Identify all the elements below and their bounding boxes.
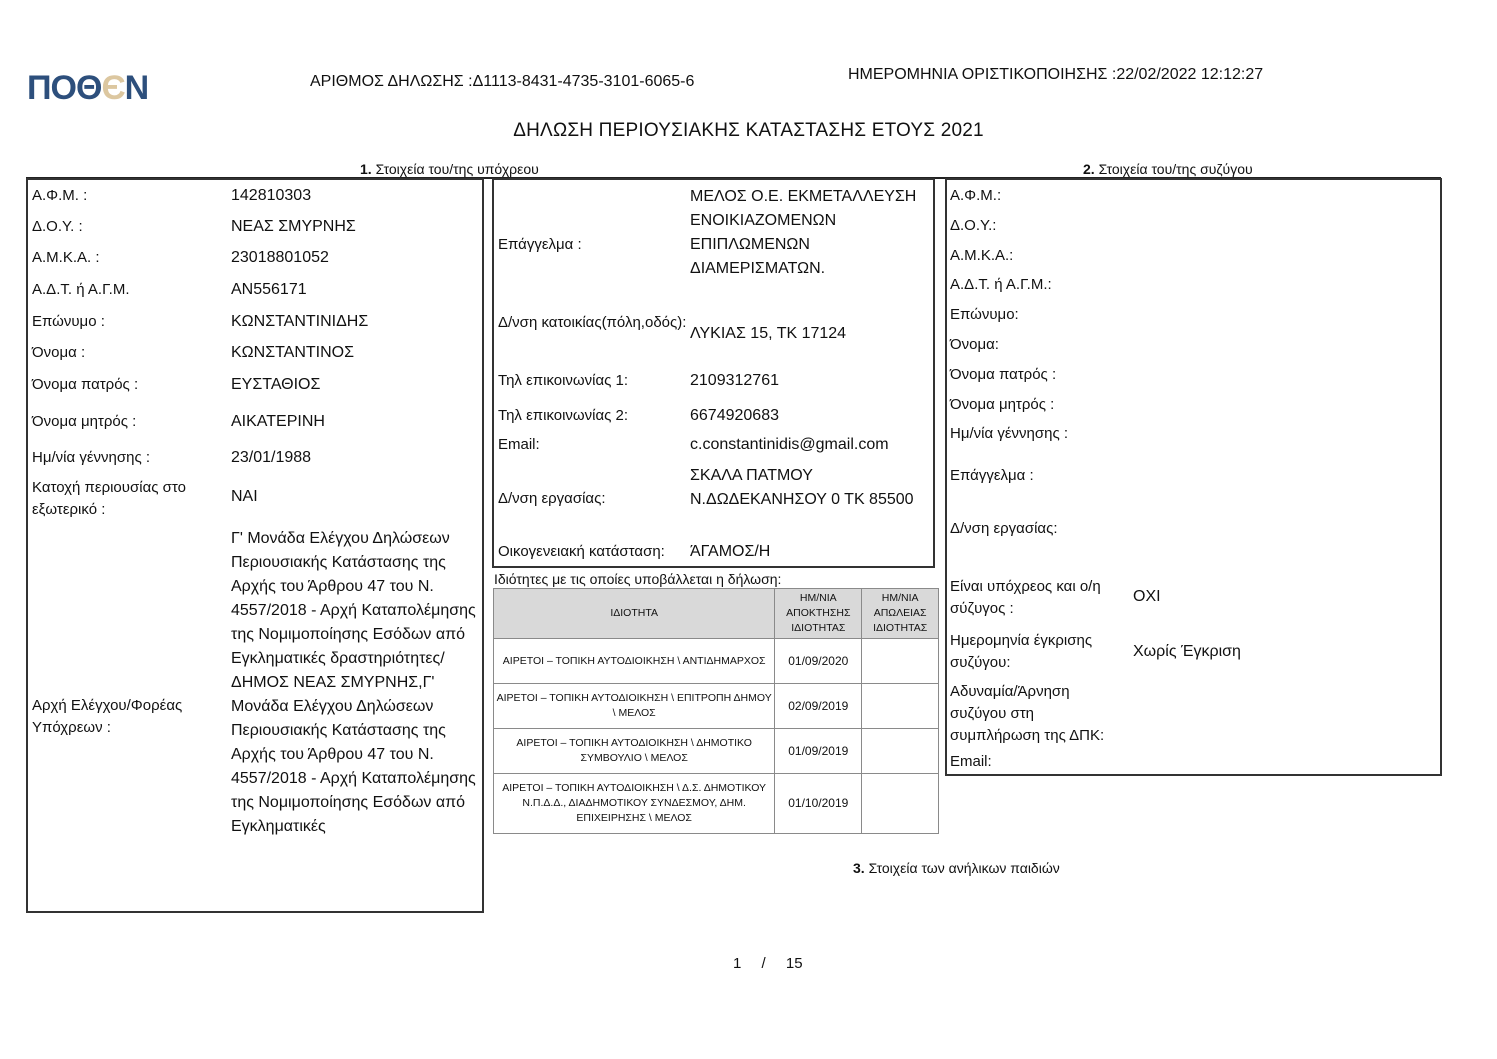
declaration-number-label: ΑΡΙΘΜΟΣ ΔΗΛΩΣΗΣ :: [310, 73, 473, 90]
field-value: 23/01/1988: [231, 446, 476, 470]
pothen-logo: ΠΟΘЄΝ: [27, 70, 148, 106]
section3-title-text: Στοιχεία των ανήλικων παιδιών: [869, 860, 1060, 876]
capacities-title: Ιδιότητες με τις οποίες υποβάλλεται η δή…: [494, 571, 781, 587]
section1-title-text: Στοιχεία του/της υπόχρεου: [376, 161, 539, 177]
field-value: c.constantinidis@gmail.com: [690, 433, 925, 457]
field-value: ΑΝ556171: [231, 278, 476, 302]
field-label: Οικογενειακή κατάσταση:: [498, 541, 688, 563]
field-label: Τηλ επικοινωνίας 1:: [498, 370, 688, 392]
field-label: Τηλ επικοινωνίας 2:: [498, 405, 688, 427]
field-label: Όνομα πατρός :: [32, 374, 212, 396]
col-capacity: ΙΔΙΟΤΗΤΑ: [494, 589, 775, 639]
capacities-table: ΙΔΙΟΤΗΤΑ ΗΜ/ΝΙΑ ΑΠΟΚΤΗΣΗΣ ΙΔΙΟΤΗΤΑΣ ΗΜ/Ν…: [493, 588, 939, 834]
section1-title: 1. Στοιχεία του/της υπόχρεου: [360, 161, 539, 177]
logo-part2: Є: [101, 69, 124, 107]
table-row: ΑΙΡΕΤΟΙ – ΤΟΠΙΚΗ ΑΥΤΟΔΙΟΙΚΗΣΗ \ ΕΠΙΤΡΟΠΗ…: [494, 684, 939, 729]
cell-capacity: ΑΙΡΕΤΟΙ – ΤΟΠΙΚΗ ΑΥΤΟΔΙΟΙΚΗΣΗ \ ΔΗΜΟΤΙΚΟ…: [494, 729, 775, 774]
field-label: Όνομα πατρός :: [950, 364, 1125, 386]
field-value: ΛΥΚΙΑΣ 15, ΤΚ 17124: [690, 322, 925, 346]
section2-number: 2.: [1083, 161, 1095, 177]
page-total: 15: [786, 955, 803, 972]
field-label: Όνομα:: [950, 334, 1125, 356]
section2-title-text: Στοιχεία του/της συζύγου: [1099, 161, 1253, 177]
cell-acquired: 02/09/2019: [775, 684, 862, 729]
section1-number: 1.: [360, 161, 372, 177]
field-label: Δ/νση κατοικίας(πόλη,οδός):: [498, 312, 688, 334]
field-value: 6674920683: [690, 404, 925, 428]
field-label: Όνομα μητρός :: [32, 411, 212, 433]
finalization-date-value: 22/02/2022 12:12:27: [1116, 66, 1263, 83]
cell-lost: [862, 774, 939, 834]
logo-part1: ΠΟΘ: [27, 69, 101, 107]
field-label: Δ.Ο.Υ.:: [950, 215, 1125, 237]
field-value: Γ' Μονάδα Ελέγχου Δηλώσεων Περιουσιακής …: [231, 527, 476, 839]
field-label: Email:: [498, 434, 688, 456]
field-label: Κατοχή περιουσίας στο εξωτερικό :: [32, 477, 212, 521]
cell-lost: [862, 639, 939, 684]
field-value: ΕΥΣΤΑΘΙΟΣ: [231, 373, 476, 397]
table-row: ΑΙΡΕΤΟΙ – ΤΟΠΙΚΗ ΑΥΤΟΔΙΟΙΚΗΣΗ \ Δ.Σ. ΔΗΜ…: [494, 774, 939, 834]
field-value: 2109312761: [690, 369, 925, 393]
cell-lost: [862, 729, 939, 774]
finalization-date-label: ΗΜΕΡΟΜΗΝΙΑ ΟΡΙΣΤΙΚΟΠΟΙΗΣΗΣ :: [848, 66, 1116, 83]
field-value: ΝΑΙ: [231, 485, 476, 509]
field-label: Είναι υπόχρεος και ο/η σύζυγος :: [950, 576, 1125, 620]
field-label: Ημ/νία γέννησης :: [32, 447, 212, 469]
field-label: Ημερομηνία έγκρισης συζύγου:: [950, 630, 1125, 674]
field-value: 142810303: [231, 184, 476, 208]
cell-capacity: ΑΙΡΕΤΟΙ – ΤΟΠΙΚΗ ΑΥΤΟΔΙΟΙΚΗΣΗ \ ΑΝΤΙΔΗΜΑ…: [494, 639, 775, 684]
declaration-number-value: Δ1113-8431-4735-3101-6065-6: [473, 73, 695, 90]
field-value: ΚΩΝΣΤΑΝΤΙΝΙΔΗΣ: [231, 310, 476, 334]
field-label: Δ/νση εργασίας:: [498, 488, 688, 510]
cell-acquired: 01/09/2020: [775, 639, 862, 684]
page-separator: /: [762, 955, 766, 972]
field-value: ΚΩΝΣΤΑΝΤΙΝΟΣ: [231, 341, 476, 365]
field-label: Ημ/νία γέννησης :: [950, 423, 1125, 445]
field-label: Επώνυμο:: [950, 304, 1125, 326]
field-label: Α.Φ.Μ.:: [950, 185, 1125, 207]
section3-title: 3. Στοιχεία των ανήλικων παιδιών: [853, 860, 1060, 876]
field-label: Όνομα :: [32, 342, 212, 364]
field-label: Α.Δ.Τ. ή Α.Γ.Μ.:: [950, 274, 1125, 296]
field-value: ΜΕΛΟΣ Ο.Ε. ΕΚΜΕΤΑΛΛΕΥΣΗ ΕΝΟΙΚΙΑΖΟΜΕΝΩΝ Ε…: [690, 185, 925, 281]
col-lost: ΗΜ/ΝΙΑ ΑΠΩΛΕΙΑΣ ΙΔΙΟΤΗΤΑΣ: [862, 589, 939, 639]
page-title: ΔΗΛΩΣΗ ΠΕΡΙΟΥΣΙΑΚΗΣ ΚΑΤΑΣΤΑΣΗΣ ΕΤΟΥΣ 202…: [0, 120, 1497, 142]
field-label: Δ/νση εργασίας:: [950, 518, 1125, 540]
field-value: Χωρίς Έγκριση: [1133, 640, 1423, 664]
col-acquired: ΗΜ/ΝΙΑ ΑΠΟΚΤΗΣΗΣ ΙΔΙΟΤΗΤΑΣ: [775, 589, 862, 639]
cell-lost: [862, 684, 939, 729]
field-value: ΝΕΑΣ ΣΜΥΡΝΗΣ: [231, 215, 476, 239]
finalization-date: ΗΜΕΡΟΜΗΝΙΑ ΟΡΙΣΤΙΚΟΠΟΙΗΣΗΣ :22/02/2022 1…: [848, 66, 1263, 84]
table-row: ΑΙΡΕΤΟΙ – ΤΟΠΙΚΗ ΑΥΤΟΔΙΟΙΚΗΣΗ \ ΑΝΤΙΔΗΜΑ…: [494, 639, 939, 684]
field-value: ΆΓΑΜΟΣ/Η: [690, 540, 925, 564]
field-value: ΣΚΑΛΑ ΠΑΤΜΟΥ Ν.ΔΩΔΕΚΑΝΗΣΟΥ 0 ΤΚ 85500: [690, 464, 925, 512]
cell-acquired: 01/09/2019: [775, 729, 862, 774]
field-value: ΑΙΚΑΤΕΡΙΝΗ: [231, 410, 476, 434]
field-label: Επώνυμο :: [32, 311, 212, 333]
table-row: ΑΙΡΕΤΟΙ – ΤΟΠΙΚΗ ΑΥΤΟΔΙΟΙΚΗΣΗ \ ΔΗΜΟΤΙΚΟ…: [494, 729, 939, 774]
field-label: Α.Μ.Κ.Α. :: [32, 247, 212, 269]
logo-part3: Ν: [125, 69, 149, 107]
cell-capacity: ΑΙΡΕΤΟΙ – ΤΟΠΙΚΗ ΑΥΤΟΔΙΟΙΚΗΣΗ \ ΕΠΙΤΡΟΠΗ…: [494, 684, 775, 729]
field-value: 23018801052: [231, 246, 476, 270]
field-label: Όνομα μητρός :: [950, 394, 1125, 416]
field-label: Επάγγελμα :: [498, 234, 688, 256]
page-current: 1: [733, 955, 741, 972]
field-label: Α.Φ.Μ. :: [32, 185, 212, 207]
field-label: Α.Μ.Κ.Α.:: [950, 245, 1125, 267]
section2-title: 2. Στοιχεία του/της συζύγου: [1083, 161, 1253, 177]
field-label: Email:: [950, 751, 1125, 773]
field-label: Αρχή Ελέγχου/Φορέας Υπόχρεων :: [32, 695, 212, 739]
field-label: Επάγγελμα :: [950, 465, 1125, 487]
page-indicator: 1 / 15: [733, 955, 803, 972]
declaration-number: ΑΡΙΘΜΟΣ ΔΗΛΩΣΗΣ :Δ1113-8431-4735-3101-60…: [310, 73, 694, 91]
table-header-row: ΙΔΙΟΤΗΤΑ ΗΜ/ΝΙΑ ΑΠΟΚΤΗΣΗΣ ΙΔΙΟΤΗΤΑΣ ΗΜ/Ν…: [494, 589, 939, 639]
cell-acquired: 01/10/2019: [775, 774, 862, 834]
cell-capacity: ΑΙΡΕΤΟΙ – ΤΟΠΙΚΗ ΑΥΤΟΔΙΟΙΚΗΣΗ \ Δ.Σ. ΔΗΜ…: [494, 774, 775, 834]
field-label: Αδυναμία/Άρνηση συζύγου στη συμπλήρωση τ…: [950, 681, 1125, 747]
field-value: ΟΧΙ: [1133, 585, 1423, 609]
section3-number: 3.: [853, 860, 865, 876]
field-label: Δ.Ο.Υ. :: [32, 216, 212, 238]
field-label: Α.Δ.Τ. ή Α.Γ.Μ.: [32, 279, 212, 301]
